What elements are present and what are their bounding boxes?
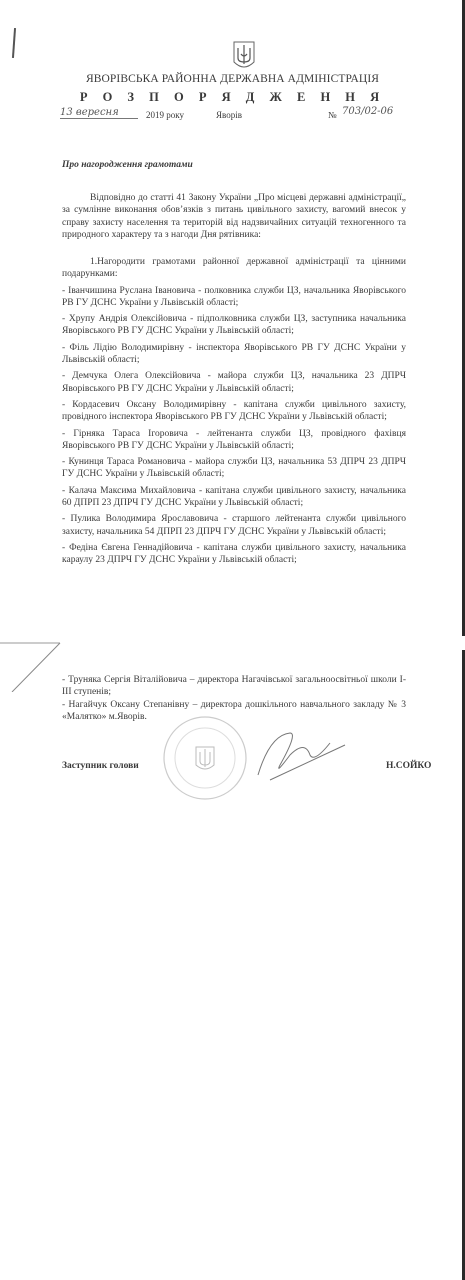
list-item: - Філь Лідію Володимирівну - інспектора … — [62, 342, 406, 367]
year: 2019 року — [146, 110, 184, 120]
subject: Про нагородження грамотами — [62, 160, 193, 170]
list-item: - Хрупу Андрія Олексійовича - підполковн… — [62, 313, 406, 338]
list-item: - Кордасевич Оксану Володимирівну - капі… — [62, 399, 406, 424]
signatory-name: Н.СОЙКО — [386, 761, 431, 771]
number-prefix: № — [328, 110, 337, 120]
document-type: Р О З П О Р Я Д Ж Е Н Н Я — [0, 90, 465, 105]
signatory-position: Заступник голови — [62, 761, 139, 771]
awardees-page1: 1.Нагородити грамотами районної державно… — [62, 256, 406, 571]
preamble: Відповідно до статті 41 Закону України „… — [62, 192, 406, 241]
list-item: - Пулика Володимира Ярославовича - старш… — [62, 513, 406, 538]
number-handwritten: 703/02-06 — [342, 106, 393, 117]
page-divider — [0, 642, 70, 692]
list-item: - Іванчишина Руслана Івановича - полковн… — [62, 285, 406, 310]
trident-emblem-icon — [232, 40, 256, 72]
list-item: - Труняка Сергія Віталійовича – директор… — [62, 674, 406, 699]
list-item: - Гірняка Тараса Ігоровича - лейтенанта … — [62, 428, 406, 453]
clause: 1.Нагородити грамотами районної державно… — [62, 256, 406, 281]
list-item: - Демчука Олега Олексійовича - майора сл… — [62, 370, 406, 395]
signature-icon — [250, 725, 350, 785]
list-item: - Федіна Євгена Геннадійовича - капітана… — [62, 542, 406, 567]
organization-name: ЯВОРІВСЬКА РАЙОННА ДЕРЖАВНА АДМІНІСТРАЦІ… — [0, 73, 465, 85]
preamble-block: Відповідно до статті 41 Закону України „… — [62, 192, 406, 241]
list-item: - Кунинця Тараса Романовича - майора слу… — [62, 456, 406, 481]
date-handwritten: 13 вересня — [60, 107, 138, 119]
official-stamp-icon — [162, 715, 248, 801]
margin-mark — [12, 28, 16, 58]
list-item: - Калача Максима Михайловича - капітана … — [62, 485, 406, 510]
place: Яворів — [216, 110, 242, 120]
